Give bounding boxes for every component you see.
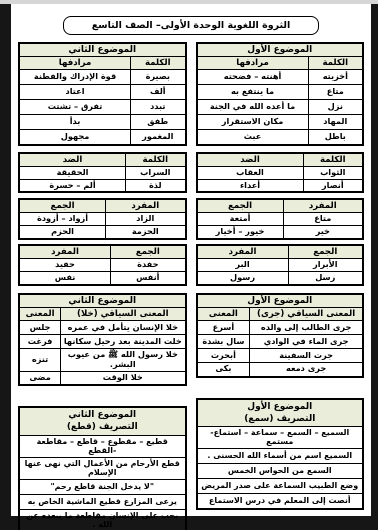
table-cell: جرت السفينة: [250, 349, 363, 363]
table-cell: ألف: [131, 85, 186, 100]
table-cell: باطل: [308, 130, 363, 145]
table-cell: الحزم: [19, 226, 106, 239]
column-topic-one: الموضوع الأول الكلمة مرادفها أخزيتهأهنته…: [196, 42, 365, 530]
topic-line: الموضوع الأول: [200, 401, 361, 413]
synonyms-table-one: الموضوع الأول الكلمة مرادفها أخزيتهأهنته…: [196, 42, 365, 146]
table-cell: مضى: [19, 371, 61, 385]
table-cell: عبث: [197, 130, 309, 145]
table-row: ألفاعتاد: [19, 85, 186, 100]
col-header-meaning: المعنى: [19, 308, 61, 321]
table-cell: حفدة: [111, 259, 186, 272]
table-row: خلا الوقتمضى: [19, 371, 186, 385]
table-cell: ألم – حسرة: [19, 179, 126, 192]
table-topic-header: الموضوع الثاني: [19, 43, 186, 57]
table-cell: أسرع: [197, 321, 250, 335]
col-header-singular: المفرد: [197, 245, 289, 259]
synonyms-table-two: الموضوع الثاني الكلمة مرادفها بصيرةقوة ا…: [18, 42, 187, 146]
table-row: لذةألم – حسرة: [19, 179, 186, 192]
conjugation-subtitle: التصريف (قطع): [22, 421, 183, 433]
col-header-plural: الجمع: [111, 245, 186, 259]
table-cell: خلا رسول الله ﷺ من عيوب البشر.: [61, 349, 186, 372]
table-cell: فرغت: [19, 335, 61, 349]
table-row: حفدةحفيد: [19, 259, 186, 272]
table-cell: أمتعة: [197, 213, 284, 226]
table-cell: الأبرار: [288, 259, 363, 272]
col-header-word: الكلمة: [131, 57, 186, 70]
table-cell: طفق: [131, 115, 186, 130]
table-cell: أزواد – أزودة: [19, 213, 106, 226]
col-header-meaning: المعنى: [197, 308, 250, 321]
conjugation-table-one: الموضوع الأول التصريف (سمع) السميع – الس…: [196, 398, 365, 510]
title-row: الثروة اللغوية الوحدة الأولى– الصف التاس…: [11, 13, 371, 35]
table-topic-header: الموضوع الثاني التصريف (قطع): [19, 407, 186, 435]
singular-plural-table-two: المفرد الجمع الزادأزواد – أزودةالحزمةالح…: [18, 198, 187, 240]
table-row: باطلعبث: [197, 130, 364, 145]
table-row: خلت المدينة بعد رحيل سكانهافرغت: [19, 335, 186, 349]
table-row: أنصت إلى المعلم في درس الاستماع: [197, 494, 364, 509]
table-row: بصيرةقوة الإدراك والفطنة: [19, 70, 186, 85]
table-row: أنفسنفس: [19, 272, 186, 285]
col-header-word: الكلمة: [308, 57, 363, 70]
table-cell: خير: [283, 226, 363, 239]
table-cell: السمع من الحواس الخمس: [197, 464, 364, 479]
table-topic-header: الموضوع الأول: [197, 43, 364, 57]
table-cell: رسول: [197, 272, 289, 285]
table-cell: مكان الاستقرار: [197, 115, 309, 130]
table-row: طفقبدأ: [19, 115, 186, 130]
col-header-singular: المفرد: [19, 245, 111, 259]
table-cell: الثواب: [303, 166, 363, 179]
table-row: قطيع – مقطوع – قاطع – مقاطعة -القطع: [19, 435, 186, 457]
worksheet-page: الثروة اللغوية الوحدة الأولى– الصف التاس…: [11, 4, 371, 516]
table-cell: خيور – أخيار: [197, 226, 284, 239]
table-cell: أنفس: [111, 272, 186, 285]
plural-singular-table-one: الجمع المفرد الأبرارالبررسلرسول: [196, 244, 365, 286]
table-cell: اعتاد: [19, 85, 131, 100]
col-header-plural: الجمع: [19, 199, 106, 213]
table-cell: بكى: [197, 363, 250, 377]
column-topic-two: الموضوع الثاني الكلمة مرادفها بصيرةقوة ا…: [18, 42, 187, 530]
table-cell: سال بشدة: [197, 335, 250, 349]
table-row: الأبرارالبر: [197, 259, 364, 272]
col-header-synonym: مرادفها: [197, 57, 309, 70]
table-cell: قطيع – مقطوع – قاطع – مقاطعة -القطع: [19, 435, 186, 457]
table-cell: ما أعده الله في الجنة: [197, 100, 309, 115]
antonyms-table-one: الكلمة الضد الثوابالعقابأنصارأعداء: [196, 152, 365, 194]
table-row: أنصارأعداء: [197, 179, 364, 192]
table-row: جرى الطالب إلى والدهأسرع: [197, 321, 364, 335]
table-row: وضع الطبيب السماعة على صدر المريض: [197, 479, 364, 494]
table-row: أخزيتهأهنته – فضحته: [197, 70, 364, 85]
col-header-context: المعنى السياقي (جرى): [250, 308, 363, 321]
col-header-plural: الجمع: [288, 245, 363, 259]
col-header-singular: المفرد: [106, 199, 186, 213]
table-cell: تبدد: [131, 100, 186, 115]
table-cell: قطع الأرحام من الأعمال التي نهى عنها الإ…: [19, 457, 186, 479]
table-row: المهادمكان الاستقرار: [197, 115, 364, 130]
topic-line: الموضوع الثاني: [22, 409, 183, 421]
page-title: الثروة اللغوية الوحدة الأولى– الصف التاس…: [63, 16, 320, 35]
table-cell: السراب: [126, 166, 186, 179]
table-row: متاعأمتعة: [197, 213, 364, 226]
table-row: خيرخيور – أخيار: [197, 226, 364, 239]
col-header-antonym: الضد: [19, 153, 126, 167]
table-cell: الحزمة: [106, 226, 186, 239]
table-cell: خلا الإنسان يتأمل في عمره: [61, 321, 186, 335]
table-row: "لا يدخل الجنة قاطع رحم": [19, 479, 186, 494]
table-row: خلا الإنسان يتأمل في عمرهجلس: [19, 321, 186, 335]
table-cell: خلت المدينة بعد رحيل سكانها: [61, 335, 186, 349]
table-cell: أخزيته: [308, 70, 363, 85]
table-cell: يرعى المزارع قطيع الماشية الخاص به: [19, 494, 186, 509]
table-cell: مجهول: [19, 130, 131, 145]
table-topic-header: الموضوع الأول التصريف (سمع): [197, 399, 364, 427]
table-row: الزادأزواد – أزودة: [19, 213, 186, 226]
table-cell: ما ينتفع به: [197, 85, 309, 100]
table-cell: لذة: [126, 179, 186, 192]
table-cell: المغمور: [131, 130, 186, 145]
table-cell: العقاب: [197, 166, 304, 179]
col-header-word: الكلمة: [303, 153, 363, 167]
table-cell: أعداء: [197, 179, 304, 192]
table-cell: "لا يدخل الجنة قاطع رحم": [19, 479, 186, 494]
table-cell: السميع – السمع – سماعة – استماع- مستمع: [197, 426, 364, 448]
table-cell: أنصار: [303, 179, 363, 192]
table-row: جرى دمعهبكى: [197, 363, 364, 377]
col-header-context: المعنى السياقي (خلا): [61, 308, 186, 321]
table-cell: البر: [197, 259, 289, 272]
contextual-meaning-table-two: الموضوع الثاني المعنى السياقي (خلا) المع…: [18, 293, 187, 386]
col-header-antonym: الضد: [197, 153, 304, 167]
table-row: الثوابالعقاب: [197, 166, 364, 179]
antonyms-table-two: الكلمة الضد السرابالحقيقةلذةألم – حسرة: [18, 152, 187, 194]
table-cell: جرى الطالب إلى والده: [250, 321, 363, 335]
contextual-meaning-table-one: الموضوع الأول المعنى السياقي (جرى) المعن…: [196, 293, 365, 378]
singular-plural-table-one: المفرد الجمع متاعأمتعةخيرخيور – أخيار: [196, 198, 365, 240]
table-row: جرى الماء في الواديسال بشدة: [197, 335, 364, 349]
table-row: المغمورمجهول: [19, 130, 186, 145]
table-row: السرابالحقيقة: [19, 166, 186, 179]
table-row: خلا رسول الله ﷺ من عيوب البشر.تنزه: [19, 349, 186, 372]
table-cell: قوة الإدراك والفطنة: [19, 70, 131, 85]
table-cell: بدأ: [19, 115, 131, 130]
table-row: السمع من الحواس الخمس: [197, 464, 364, 479]
table-cell: بصيرة: [131, 70, 186, 85]
table-cell: يجب على الإنسان مقاطعة ما يبعده عن الله …: [19, 509, 186, 530]
table-row: رسلرسول: [197, 272, 364, 285]
table-cell: أبحرت: [197, 349, 250, 363]
table-cell: أهنته – فضحته: [197, 70, 309, 85]
table-cell: حفيد: [19, 259, 111, 272]
table-cell: تنزه: [19, 349, 61, 372]
table-topic-header: الموضوع الثاني: [19, 294, 186, 308]
col-header-synonym: مرادفها: [19, 57, 131, 70]
col-header-singular: المفرد: [283, 199, 363, 213]
table-row: السميع – السمع – سماعة – استماع- مستمع: [197, 426, 364, 448]
table-cell: وضع الطبيب السماعة على صدر المريض: [197, 479, 364, 494]
col-header-word: الكلمة: [126, 153, 186, 167]
table-row: السميع اسم من أسماء الله الحسنى .: [197, 449, 364, 464]
table-row: يرعى المزارع قطيع الماشية الخاص به: [19, 494, 186, 509]
table-row: متاعما ينتفع به: [197, 85, 364, 100]
table-cell: الحقيقة: [19, 166, 126, 179]
table-cell: أنصت إلى المعلم في درس الاستماع: [197, 494, 364, 509]
table-cell: نزل: [308, 100, 363, 115]
table-cell: جلس: [19, 321, 61, 335]
table-row: جرت السفينةأبحرت: [197, 349, 364, 363]
table-row: قطع الأرحام من الأعمال التي نهى عنها الإ…: [19, 457, 186, 479]
table-cell: متاع: [308, 85, 363, 100]
table-cell: الزاد: [106, 213, 186, 226]
table-cell: رسل: [288, 272, 363, 285]
two-column-layout: الموضوع الأول الكلمة مرادفها أخزيتهأهنته…: [11, 42, 371, 530]
conjugation-subtitle: التصريف (سمع): [200, 413, 361, 425]
table-cell: جرى دمعه: [250, 363, 363, 377]
table-row: الحزمةالحزم: [19, 226, 186, 239]
table-topic-header: الموضوع الأول: [197, 294, 364, 308]
table-cell: السميع اسم من أسماء الله الحسنى .: [197, 449, 364, 464]
table-cell: جرى الماء في الوادي: [250, 335, 363, 349]
table-cell: نفس: [19, 272, 111, 285]
table-row: نزلما أعده الله في الجنة: [197, 100, 364, 115]
table-row: تبددتفرق – تشتت: [19, 100, 186, 115]
col-header-plural: الجمع: [197, 199, 284, 213]
table-row: يجب على الإنسان مقاطعة ما يبعده عن الله …: [19, 509, 186, 530]
table-cell: متاع: [283, 213, 363, 226]
table-cell: تفرق – تشتت: [19, 100, 131, 115]
conjugation-table-two: الموضوع الثاني التصريف (قطع) قطيع – مقطو…: [18, 406, 187, 530]
table-cell: المهاد: [308, 115, 363, 130]
table-cell: خلا الوقت: [61, 371, 186, 385]
plural-singular-table-two: الجمع المفرد حفدةحفيدأنفسنفس: [18, 244, 187, 286]
